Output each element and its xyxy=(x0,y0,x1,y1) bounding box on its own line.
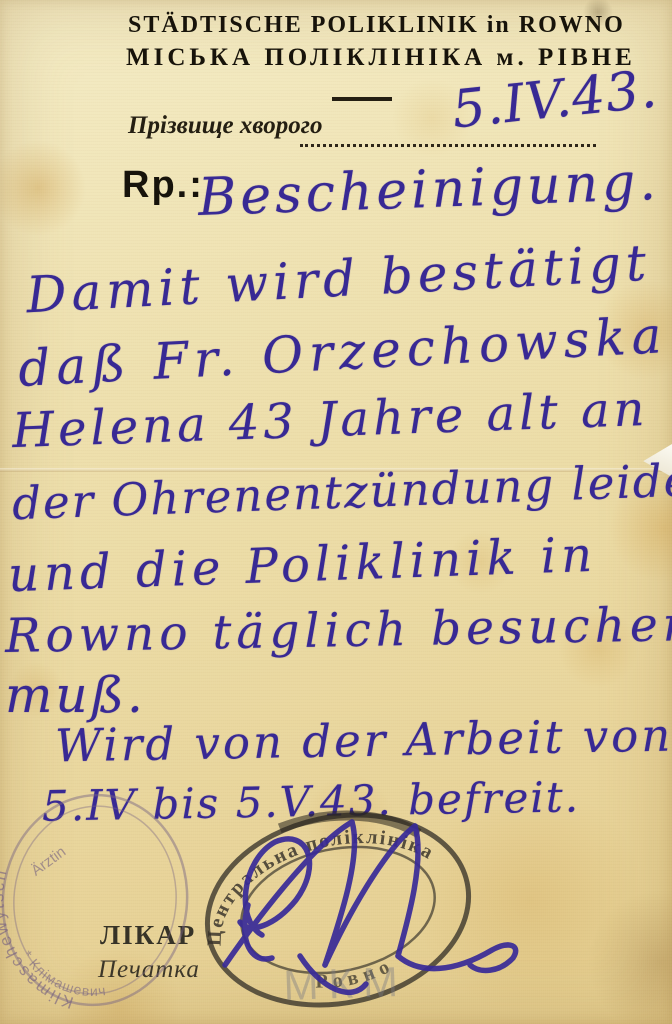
document-scan: STÄDTISCHE POLIKLINIK in ROWNO МІСЬКА ПО… xyxy=(0,0,672,1024)
header-rule xyxy=(332,97,392,101)
clinic-stamp-bottom-text: Ровно xyxy=(311,952,400,997)
svg-text:Klimaschewytsch: Klimaschewytsch xyxy=(0,867,88,1013)
doctor-printed-label: ЛІКАР xyxy=(100,920,196,951)
svg-text:Центральна поліклініка: Центральна поліклініка xyxy=(185,807,450,951)
handwritten-line: 5.IV bis 5.V.43. befreit. xyxy=(42,774,581,830)
clinic-title-ukrainian: МІСЬКА ПОЛІКЛІНІКА м. РІВНЕ xyxy=(126,44,636,72)
handwritten-line: der Ohrenentzündung leidet xyxy=(11,455,672,529)
handwritten-line: Helena 43 Jahre alt an xyxy=(11,383,649,458)
clinic-title-german: STÄDTISCHE POLIKLINIK in ROWNO xyxy=(128,12,628,39)
svg-text:Ровно: Ровно xyxy=(311,952,400,997)
handwritten-line: Wird von der Arbeit von xyxy=(55,711,672,771)
archive-watermark: МКМ xyxy=(283,958,409,1009)
handwritten-line: muß. xyxy=(5,668,146,723)
seal-printed-label: Печатка xyxy=(98,956,200,984)
doctor-signature xyxy=(225,822,516,992)
doctor-stamp-name: Klimaschewytsch xyxy=(0,867,88,1013)
doctor-stamp-title: Ärztin xyxy=(28,843,69,879)
patient-name-label: Прізвище хворого xyxy=(128,112,322,140)
handwritten-line: Bescheinigung. xyxy=(197,154,661,227)
handwritten-line: Damit wird bestätigt xyxy=(25,236,652,324)
handwritten-line: Rowno täglich besuchen xyxy=(5,599,672,663)
clinic-stamp-top-text: Центральна поліклініка xyxy=(185,807,450,951)
handwritten-date: 5.IV.43. xyxy=(450,61,661,139)
handwritten-line: und die Poliklinik in xyxy=(7,529,598,602)
rp-label: Rp.: xyxy=(122,164,204,207)
